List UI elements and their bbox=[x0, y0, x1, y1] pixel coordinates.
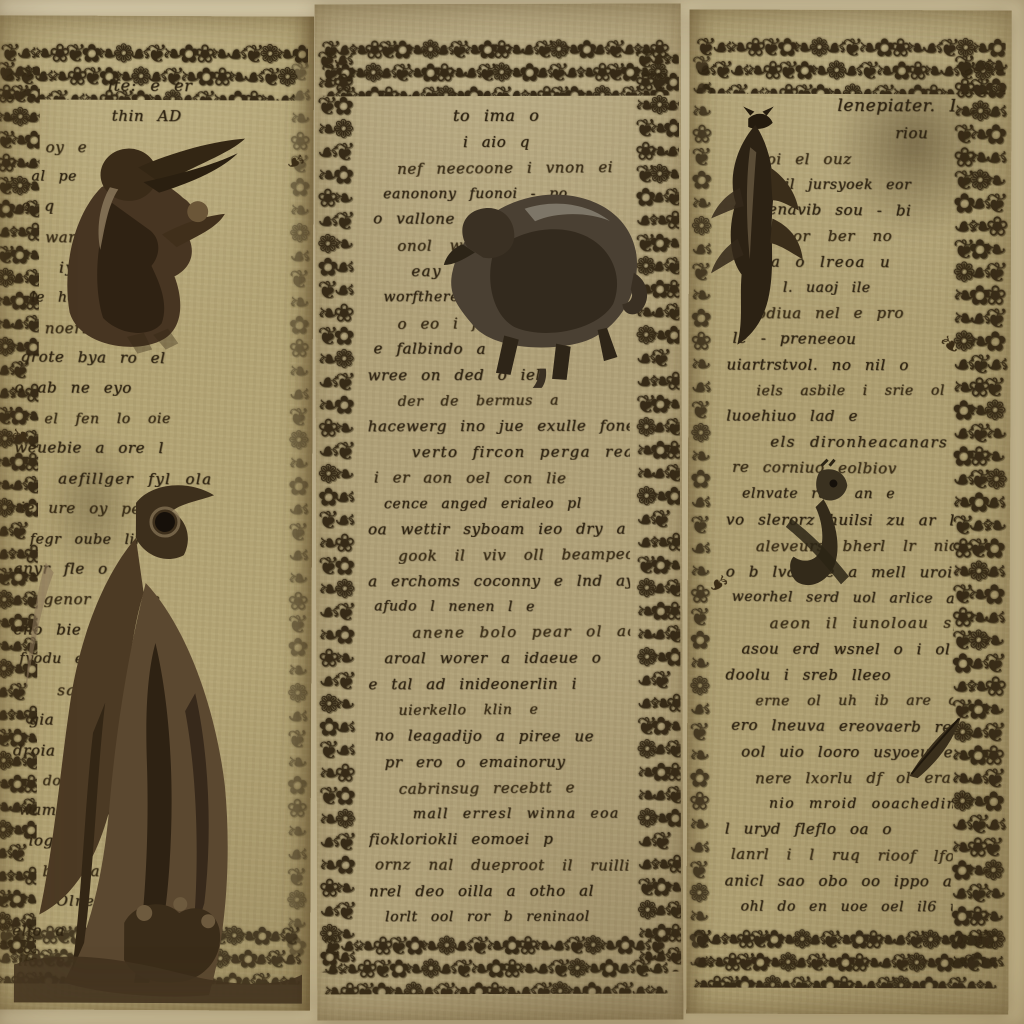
script-line: wam lyo e bbox=[19, 802, 281, 820]
script-line: grote bya ro el bbox=[21, 349, 283, 367]
script-line: cence anged erialeo pl bbox=[384, 497, 630, 512]
script-line: sat onu el bbox=[57, 683, 281, 698]
script-line: a o lreoa u bbox=[771, 255, 955, 271]
script-line: els dironheacanars e bbox=[770, 435, 954, 451]
script-line: oa wettir syboam ieo dry a d bbox=[368, 522, 630, 538]
script-text-block: to ima oi aio qnef neecoone i vnon eiean… bbox=[367, 108, 631, 925]
script-line: thin AD bbox=[112, 109, 284, 125]
script-line: cabrinsug recebtt e bbox=[399, 780, 631, 797]
script-line: al pe bbox=[31, 170, 283, 185]
script-line: o vallone bbox=[373, 212, 629, 228]
script-line: anene bolo pear ol acoel no bbox=[412, 624, 630, 641]
script-line: iogr ey bbox=[29, 833, 281, 849]
script-line: mall erresl winna eoa bbox=[413, 806, 631, 821]
script-line: gook il viv oll beampecob dey bbox=[398, 547, 630, 564]
script-line: aleveurs bherl lr nideaell bbox=[756, 538, 954, 554]
script-line: lenepiater. I bbox=[837, 98, 955, 115]
script-line: nuclenavib sou - bi bbox=[733, 202, 955, 219]
script-line: e falbindo a bbox=[374, 341, 630, 357]
script-line: fegr oube lint bbox=[30, 532, 282, 547]
script-line: re corniuo eolbiov bbox=[732, 460, 954, 477]
script-line: o q bbox=[21, 198, 283, 216]
script-line: uierkello klin e bbox=[398, 702, 630, 718]
script-line: nrel deo oilla a otho al bbox=[369, 884, 631, 900]
script-line: nio mroid ooachedin bbox=[769, 797, 953, 812]
script-line: ero lneuva ereovaerb re bbox=[731, 718, 953, 735]
script-line: to ima o bbox=[453, 108, 629, 124]
script-line: asou erd wsnel o i ol bbox=[741, 641, 953, 657]
ornate-border-right: ❦☙❧❀❦✿❧❁☙❦❧✿❀❧☙❦❁❧✿☙❦☙❧❀❦✿❧❁☙❦❧✿❀❧☙❦❁❧✿☙… bbox=[635, 48, 681, 972]
script-line: fyodu e ry bbox=[19, 652, 281, 669]
script-line: gia nol e bbox=[29, 713, 281, 729]
script-line: doia ell o bbox=[43, 774, 281, 788]
script-line: afudo l nenen l e bbox=[374, 600, 630, 615]
script-line: wan rote fi bbox=[45, 230, 283, 245]
script-line: l uryd fleflo oa o bbox=[725, 821, 953, 837]
script-line: erne ol uh ib are o bbox=[755, 693, 953, 708]
script-line: o ab ne eyo bbox=[15, 381, 283, 397]
script-line: fiokloriokli eomoei p bbox=[369, 831, 631, 847]
script-line: o b lvan le a mell uroi bbox=[726, 564, 954, 580]
script-line: Olnebo fio e bbox=[56, 894, 280, 909]
script-line: le hobe sute oy bbox=[31, 291, 283, 306]
script-line: e vor ber no bbox=[757, 229, 955, 245]
script-line: nere lxorlu df ol era bbox=[755, 771, 953, 787]
script-line: der de bermus a bbox=[398, 393, 630, 409]
script-line: aroal worer a idaeue o bbox=[384, 651, 630, 667]
script-line: no leagadijo a piree ue bbox=[375, 728, 631, 744]
script-line: hacewerg ino jue exulle foneo bbox=[368, 418, 630, 434]
script-line: droia e ter bbox=[13, 743, 281, 759]
script-line: ie ure oy pe bbox=[20, 501, 282, 519]
script-line: iy e priebe bbox=[59, 260, 283, 276]
script-line: anicl sao obo oo ippo ano bbox=[725, 874, 953, 890]
script-line: el fen lo oie bbox=[44, 412, 282, 426]
ornate-border-left: ❦☙❧❀❦✿❧❁☙❦❧✿❀❧☙❦❁❧✿☙❦☙❧❀❦✿❧❁☙❦❧✿❀❧☙❦❁❧✿☙… bbox=[688, 53, 721, 965]
ornate-border-left: ❦☙❧❀❦✿❧❁☙❦❧✿❀❧☙❦❁❧✿☙❦☙❧❀❦✿❧❁☙❦❧✿❀❧☙❦❁❧✿☙… bbox=[317, 48, 363, 972]
script-line: elnvate ralo an e bbox=[742, 487, 954, 502]
script-line: iels asbile i srie ol bi bbox=[756, 384, 954, 399]
script-line: aefillger fyl ola bbox=[58, 471, 282, 487]
script-line: wree on ded o iel bbox=[368, 367, 630, 383]
script-line: weorhel serd uol arlice aseoue bbox=[732, 589, 954, 605]
ornate-border-top: ❦☙❧❀❦✿❧❁☙❦❧✿❀❧☙❦❁❧✿☙❦☙❧❀❦✿❧❁☙❦❧✿❀❧☙❦❁❧✿☙… bbox=[321, 38, 675, 97]
script-line: ohl do en uoe oel il6 ua bbox=[741, 900, 953, 915]
script-line: uiartrstvol. no nil o bbox=[726, 358, 954, 374]
script-line: lanrl i l ruq rioof lfo bbox=[731, 847, 953, 864]
script-line: eanonony fuonoi - po bbox=[383, 187, 629, 202]
script-line: genor pe ie bbox=[44, 592, 282, 607]
script-line: i aio q bbox=[463, 135, 629, 150]
script-line: aokrril jursyoek eor bbox=[743, 178, 955, 193]
page-middle: ❦☙❧❀❦✿❧❁☙❦❧✿❀❧☙❦❁❧✿☙❦☙❧❀❦✿❧❁☙❦❧✿❀❧☙❦❁❧✿☙… bbox=[315, 4, 684, 1021]
script-line: pr ero o emainoruy bbox=[385, 754, 631, 770]
script-line: elio a per bbox=[12, 924, 280, 940]
script-line: anyr fle o bbox=[14, 561, 282, 577]
ornate-border-bottom: ❦☙❧❀❦✿❧❁☙❦❧✿❀❧☙❦❁❧✿☙❦☙❧❀❦✿❧❁☙❦❧✿❀❧☙❦❁❧✿☙… bbox=[692, 927, 1002, 988]
script-line: verto fircon perga rea: aeoe bbox=[412, 444, 630, 460]
script-line: e tal ad inideonerlin i bbox=[368, 677, 630, 693]
script-line: odiua nel e pro bbox=[757, 306, 955, 322]
script-line: bel oa e bbox=[42, 864, 280, 879]
script-line: lorlt ool ror b reninaol bbox=[385, 910, 631, 925]
script-text-block: ite: e erthin ADoy eal peo qwan rote fii… bbox=[12, 77, 284, 970]
script-line: eno bie a bbox=[13, 622, 281, 638]
script-line: noeribe ca e bbox=[45, 320, 283, 335]
script-line: ilo e bbox=[18, 953, 280, 971]
script-line: inrl l. uaoj ile bbox=[743, 281, 955, 296]
script-line: le - preneeou bbox=[733, 331, 955, 348]
script-line: oy e bbox=[46, 140, 284, 155]
script-line: a erchoms coconny e lnd ay bbox=[368, 574, 630, 590]
script-line: ool uio looro usyoeu ebrol bbox=[741, 744, 953, 760]
script-line: ite: e er bbox=[108, 78, 284, 95]
script-text-block: lenepiater. Iriouaoi el ouzaokrril jursy… bbox=[725, 98, 956, 915]
page-left: ❦☙❧❀❦✿❧❁☙❦❧✿❀❧☙❦❁❧✿☙❦☙❧❀❦✿❧❁☙❦❧✿❀❧☙❦❁❧✿☙… bbox=[0, 15, 314, 1010]
script-line: aoi el ouz bbox=[757, 152, 955, 168]
ornate-border-bottom: ❦☙❧❀❦✿❧❁☙❦❧✿❀❧☙❦❁❧✿☙❦☙❧❀❦✿❧❁☙❦❧✿❀❧☙❦❁❧✿☙… bbox=[323, 934, 677, 995]
script-line: aeon il iunoloau sprea bbox=[770, 615, 954, 630]
script-line: doolu i sreb lleeo bbox=[725, 667, 953, 683]
script-line: weuebie a ore l bbox=[14, 441, 282, 457]
script-line: riou bbox=[895, 126, 955, 141]
script-line: eay oe canus bbox=[411, 264, 629, 280]
script-line: nef neecoone i vnon ei bbox=[397, 160, 629, 177]
manuscript-photo: ❦☙❧❀❦✿❧❁☙❦❧✿❀❧☙❦❁❧✿☙❦☙❧❀❦✿❧❁☙❦❧✿❀❧☙❦❁❧✿☙… bbox=[0, 0, 1024, 1024]
ornate-border-top: ❦☙❧❀❦✿❧❁☙❦❧✿❀❧☙❦❁❧✿☙❦☙❧❀❦✿❧❁☙❦❧✿❀❧☙❦❁❧✿☙… bbox=[695, 35, 1005, 94]
script-line: vo slerorz huilsi zu ar l bbox=[726, 512, 954, 528]
script-line: ornz nal dueproot il ruilli bbox=[375, 857, 631, 873]
script-line: i er aon oel con lie bbox=[374, 470, 630, 486]
script-line: worfthereslyeiupa bbox=[383, 290, 629, 305]
script-line: o eo i frelam i e bbox=[397, 314, 629, 331]
ornate-border-right: ❦☙❧❀❦✿❧❁☙❦❧✿❀❧☙❦❁❧✿☙❦☙❧❀❦✿❧❁☙❦❧✿❀❧☙❦❁❧✿☙… bbox=[950, 54, 1009, 966]
script-line: luoehiuo lad e bbox=[726, 409, 954, 425]
script-line: onol wr f ie bbox=[397, 237, 629, 254]
ornate-border-right: ❦☙❧❀❦✿❧❁☙❦❧✿❀❧☙❦❁❧✿☙❦☙❧❀❦✿❧❁☙❦❧✿❀❧☙❦❁❧✿☙… bbox=[286, 61, 312, 963]
page-right: ❦☙❧❀❦✿❧❁☙❦❧✿❀❧☙❦❁❧✿☙❦☙❧❀❦✿❧❁☙❦❧✿❀❧☙❦❁❧✿☙… bbox=[686, 9, 1012, 1014]
